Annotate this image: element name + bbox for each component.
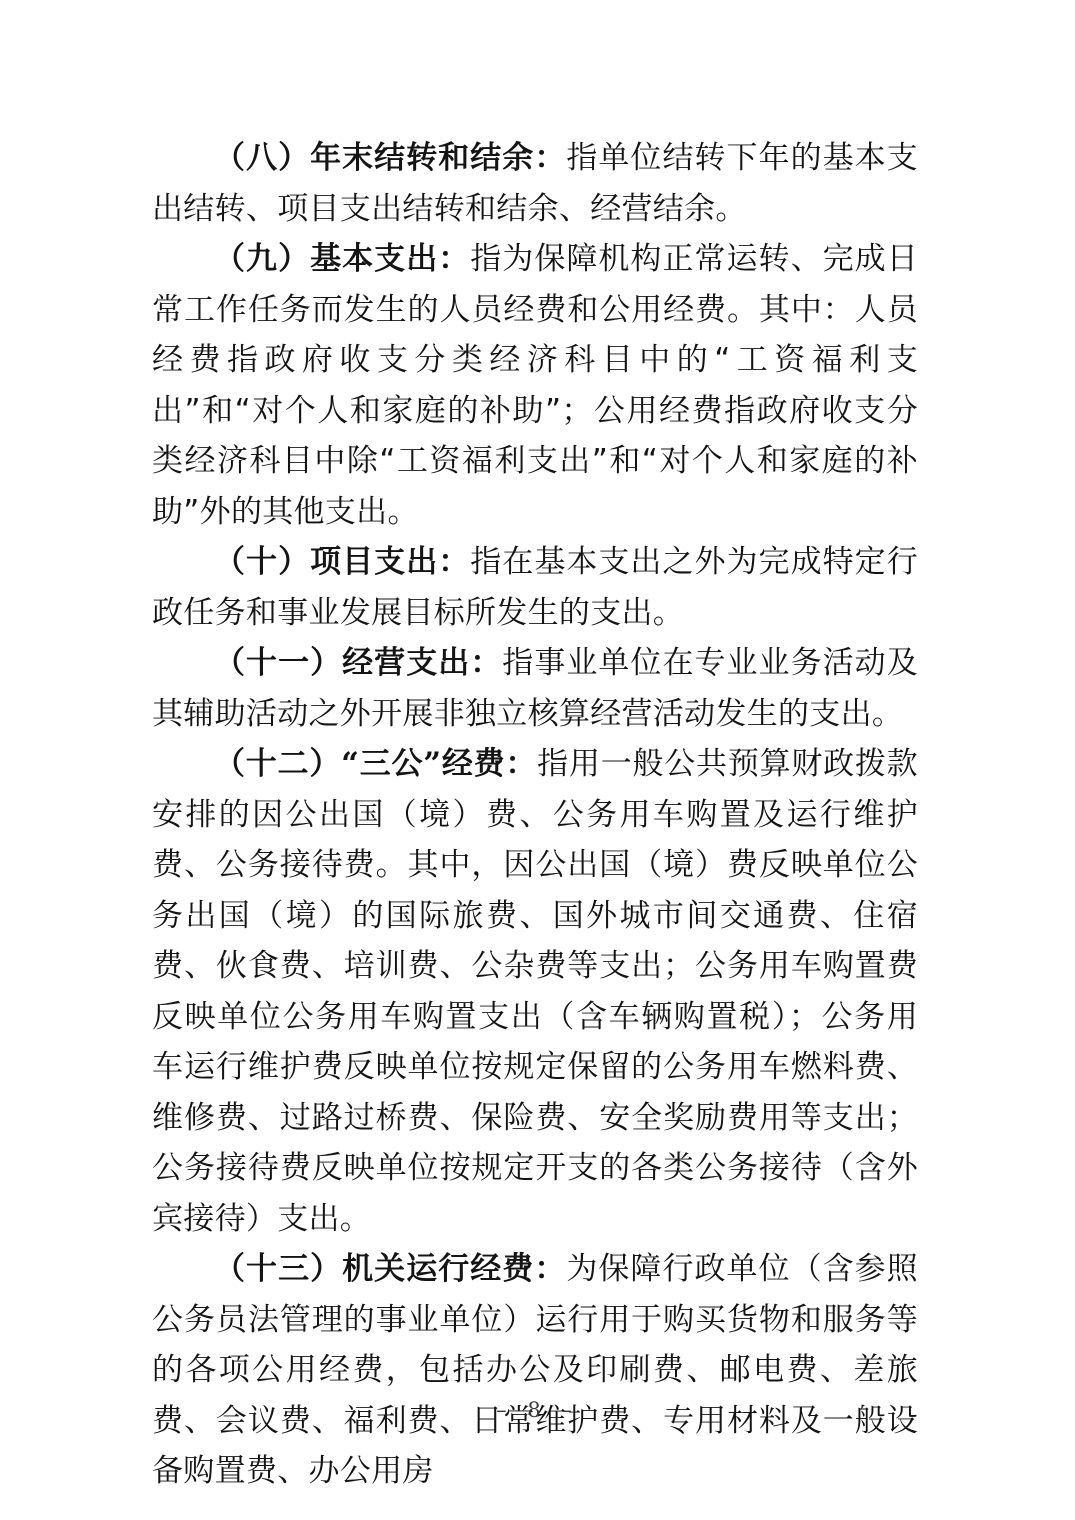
definition-text: 指为保障机构正常运转、完成日常工作任务而发生的人员经费和公用经费。其中：人员经费… [152,241,918,530]
para-operating-expenditure: （十一）经营支出：指事业单位在专业业务活动及其辅助活动之外开展非独立核算经营活动… [152,638,918,739]
term-label: （十一）经营支出： [214,645,502,681]
page-number: – 8 – [0,1398,1075,1422]
para-year-end-carryover: （八）年末结转和结余：指单位结转下年的基本支出结转、项目支出结转和结余、经营结余… [152,133,918,234]
para-three-public-funds: （十二）“三公”经费：指用一般公共预算财政拨款安排的因公出国（境）费、公务用车购… [152,739,918,1244]
para-basic-expenditure: （九）基本支出：指为保障机构正常运转、完成日常工作任务而发生的人员经费和公用经费… [152,234,918,537]
para-project-expenditure: （十）项目支出：指在基本支出之外为完成特定行政任务和事业发展目标所发生的支出。 [152,537,918,638]
term-label: （十）项目支出： [214,544,470,580]
definition-text: 指用一般公共预算财政拨款安排的因公出国（境）费、公务用车购置及运行维护费、公务接… [152,746,918,1237]
term-label: （十二）“三公”经费： [214,746,537,782]
document-page: （八）年末结转和结余：指单位结转下年的基本支出结转、项目支出结转和结余、经营结余… [0,0,1075,1520]
document-body: （八）年末结转和结余：指单位结转下年的基本支出结转、项目支出结转和结余、经营结余… [152,133,918,1497]
term-label: （九）基本支出： [214,241,470,277]
para-agency-operating-costs: （十三）机关运行经费：为保障行政单位（含参照公务员法管理的事业单位）运行用于购买… [152,1244,918,1497]
term-label: （十三）机关运行经费： [214,1251,566,1287]
term-label: （八）年末结转和结余： [214,140,566,176]
